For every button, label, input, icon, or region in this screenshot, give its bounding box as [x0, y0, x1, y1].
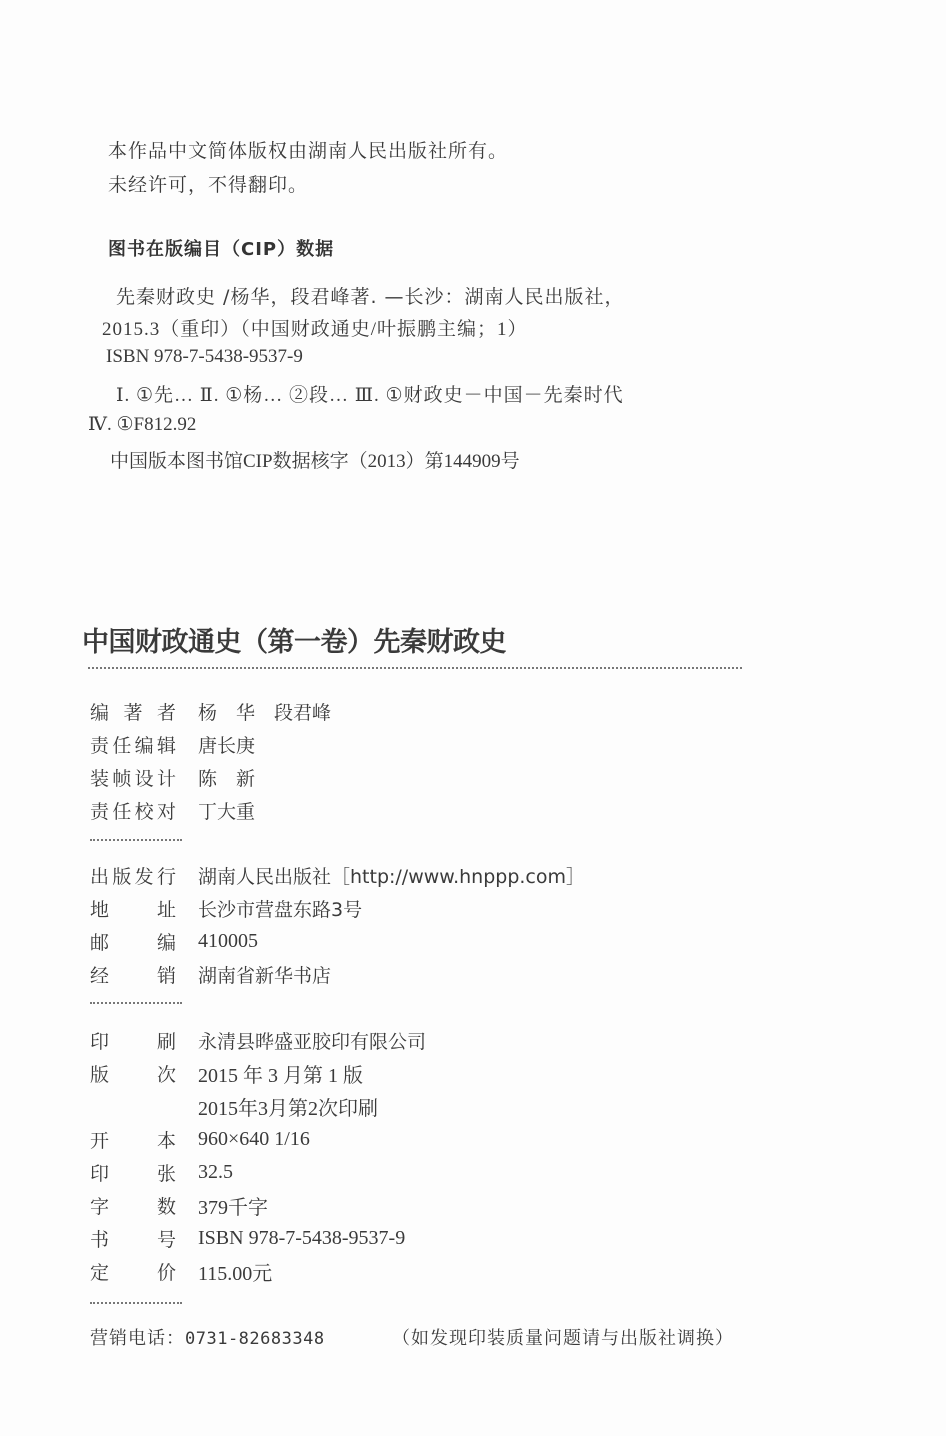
- printing-divider: [90, 1302, 182, 1304]
- label-char: 计: [157, 764, 176, 791]
- label-char: 号: [157, 1225, 176, 1252]
- info-row: 责任校对丁大重: [90, 795, 255, 825]
- label-char: 定: [90, 1258, 109, 1285]
- info-label: 印刷: [90, 1027, 176, 1054]
- label-char: 发: [135, 862, 154, 889]
- info-label: 出版发行: [90, 862, 176, 889]
- copyright-line-2: 未经许可，不得翻印。: [108, 170, 308, 197]
- label-char: 版: [112, 862, 131, 889]
- info-row: 装帧设计陈 新: [90, 762, 255, 792]
- phone-number: 0731-82683348: [185, 1329, 325, 1349]
- label-char: 帧: [112, 764, 131, 791]
- cip-heading: 图书在版编目（CIP）数据: [108, 235, 334, 261]
- cip-line-2: 2015.3（重印）（中国财政通史/叶振鹏主编；1）: [102, 314, 528, 341]
- info-row: 编著者杨 华 段君峰: [90, 696, 331, 726]
- copyright-line-1: 本作品中文简体版权由湖南人民出版社所有。: [108, 136, 508, 163]
- title-divider: [88, 667, 742, 669]
- label-char: 销: [157, 961, 176, 988]
- info-label: 书号: [90, 1225, 176, 1252]
- info-row: 经销湖南省新华书店: [90, 959, 331, 989]
- info-label: 印张: [90, 1159, 176, 1186]
- footer-note: （如发现印装质量问题请与出版社调换）: [392, 1324, 734, 1350]
- label-char: 数: [157, 1192, 176, 1219]
- info-row: 出版发行湖南人民出版社［http://www.hnppp.com］: [90, 860, 585, 890]
- info-value: 115.00元: [198, 1257, 272, 1286]
- label-char: 任: [112, 731, 131, 758]
- label-char: 书: [90, 1225, 109, 1252]
- info-label: 开本: [90, 1126, 176, 1153]
- info-value: 410005: [198, 930, 258, 953]
- info-row: 邮编410005: [90, 926, 258, 956]
- info-label: 字数: [90, 1192, 176, 1219]
- label-char: 印: [90, 1159, 109, 1186]
- label-char: 字: [90, 1192, 109, 1219]
- cip-line-3: ISBN 978-7-5438-9537-9: [106, 346, 303, 368]
- info-label: 邮编: [90, 928, 176, 955]
- label-char: 印: [90, 1027, 109, 1054]
- label-char: 版: [90, 1060, 109, 1087]
- label-char: 装: [90, 764, 109, 791]
- info-value: 2015 年 3 月第 1 版: [198, 1059, 363, 1088]
- label-char: 地: [90, 895, 109, 922]
- label-char: 编: [90, 698, 109, 725]
- info-row: 字数379千字: [90, 1190, 268, 1220]
- cip-line-6: 中国版本图书馆CIP数据核字（2013）第144909号: [110, 446, 520, 473]
- label-char: 责: [90, 797, 109, 824]
- info-row: 地址长沙市营盘东路3号: [90, 893, 362, 923]
- cip-line-1: 先秦财政史 /杨华，段君峰著. —长沙：湖南人民出版社，: [116, 282, 625, 309]
- info-row: 版次2015 年 3 月第 1 版: [90, 1058, 363, 1088]
- info-label: 定价: [90, 1258, 176, 1285]
- label-char: 价: [157, 1258, 176, 1285]
- label-char: 任: [112, 797, 131, 824]
- info-label: 版次: [90, 1060, 176, 1087]
- label-char: 著: [123, 698, 142, 725]
- credits-divider: [90, 839, 182, 841]
- label-char: 出: [90, 862, 109, 889]
- label-char: 行: [157, 862, 176, 889]
- label-char: 编: [157, 928, 176, 955]
- info-value: 湖南省新华书店: [198, 961, 331, 988]
- info-row: 印张32.5: [90, 1157, 233, 1187]
- cip-line-5: Ⅳ. ①F812.92: [88, 413, 196, 436]
- label-char: 校: [135, 797, 154, 824]
- label-char: 址: [157, 895, 176, 922]
- info-row: 定价115.00元: [90, 1256, 272, 1286]
- info-value: 960×640 1/16: [198, 1128, 310, 1151]
- info-value: 379千字: [198, 1191, 268, 1220]
- info-value: 唐长庚: [198, 731, 255, 758]
- info-label: 装帧设计: [90, 764, 176, 791]
- label-char: 本: [157, 1126, 176, 1153]
- footer-phone: 营销电话：0731-82683348: [90, 1324, 325, 1350]
- info-value: 杨 华 段君峰: [198, 698, 331, 725]
- info-label: 编著者: [90, 698, 176, 725]
- info-value: 32.5: [198, 1161, 233, 1184]
- info-label: 责任校对: [90, 797, 176, 824]
- label-char: 开: [90, 1126, 109, 1153]
- info-label: 责任编辑: [90, 731, 176, 758]
- label-char: 经: [90, 961, 109, 988]
- label-char: 刷: [157, 1027, 176, 1054]
- info-row: 2015年3月第2次印刷: [90, 1091, 378, 1121]
- phone-label: 营销电话：: [90, 1328, 185, 1349]
- label-char: 编: [135, 731, 154, 758]
- publisher-divider: [90, 1002, 182, 1004]
- label-char: 者: [157, 698, 176, 725]
- info-row: 书号ISBN 978-7-5438-9537-9: [90, 1223, 405, 1253]
- info-value: 2015年3月第2次印刷: [198, 1092, 378, 1121]
- info-row: 印刷永清县晔盛亚胶印有限公司: [90, 1025, 426, 1055]
- label-char: 对: [157, 797, 176, 824]
- label-char: 辑: [157, 731, 176, 758]
- label-char: 责: [90, 731, 109, 758]
- info-value: 丁大重: [198, 797, 255, 824]
- book-title: 中国财政通史（第一卷）先秦财政史: [82, 620, 506, 659]
- info-value: ISBN 978-7-5438-9537-9: [198, 1227, 405, 1250]
- label-char: 次: [157, 1060, 176, 1087]
- info-value: 长沙市营盘东路3号: [198, 895, 362, 922]
- info-value: 永清县晔盛亚胶印有限公司: [198, 1027, 426, 1054]
- info-value: 湖南人民出版社［http://www.hnppp.com］: [198, 862, 585, 889]
- info-label: 地址: [90, 895, 176, 922]
- label-char: 设: [135, 764, 154, 791]
- label-char: 张: [157, 1159, 176, 1186]
- info-row: 责任编辑唐长庚: [90, 729, 255, 759]
- cip-line-4: Ⅰ. ①先… Ⅱ. ①杨… ②段… Ⅲ. ①财政史－中国－先秦时代: [116, 380, 624, 407]
- info-value: 陈 新: [198, 764, 255, 791]
- info-row: 开本960×640 1/16: [90, 1124, 310, 1154]
- label-char: 邮: [90, 928, 109, 955]
- info-label: 经销: [90, 961, 176, 988]
